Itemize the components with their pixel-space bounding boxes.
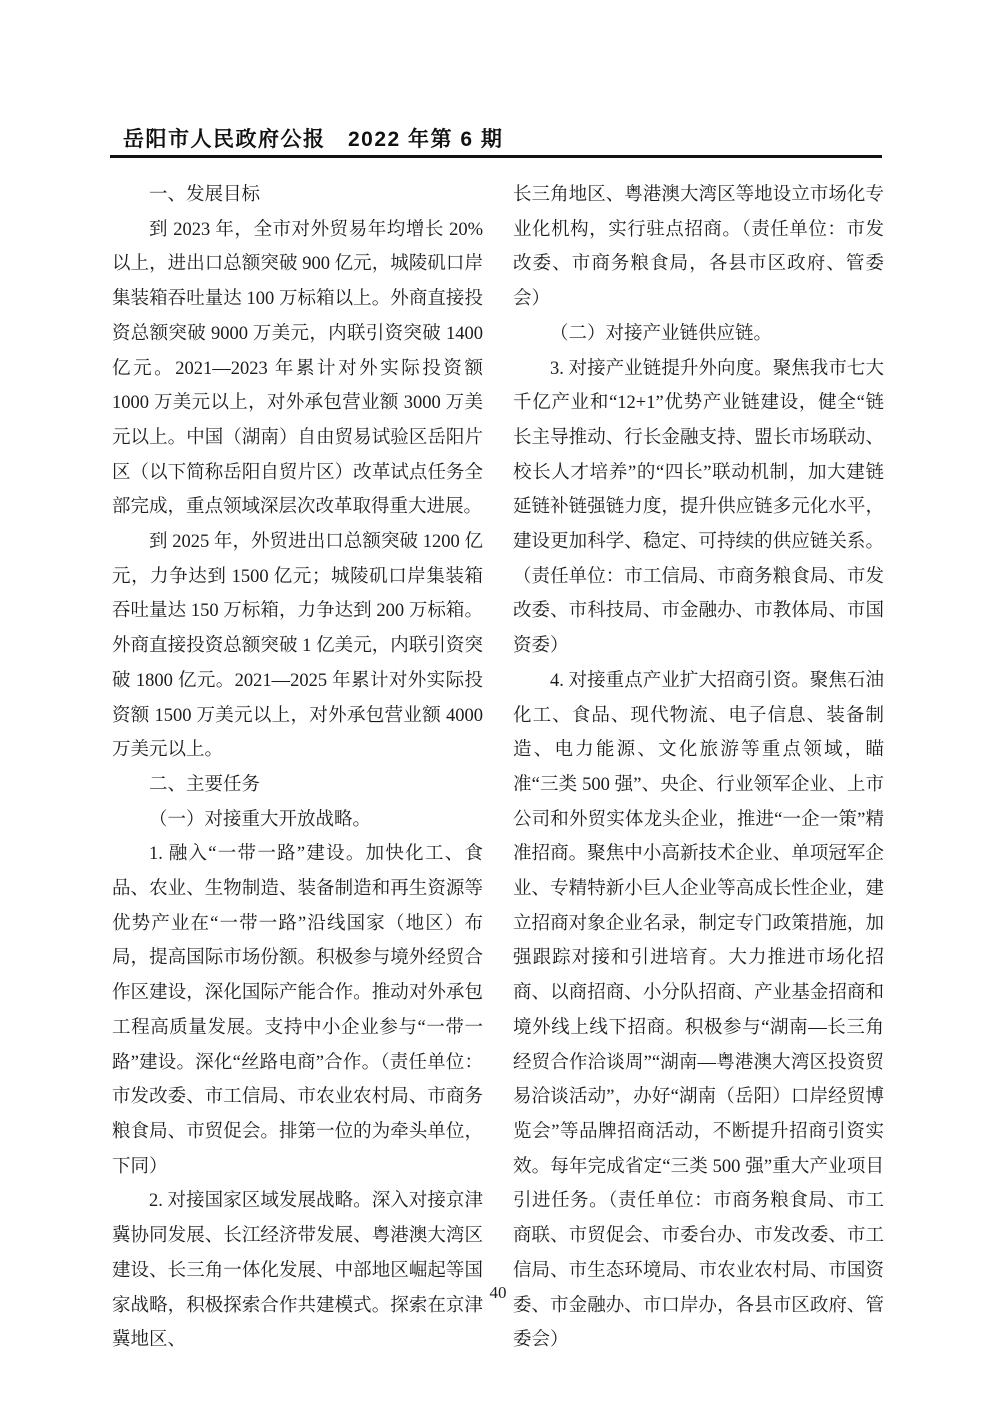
paragraph-regional-strategy: 2. 对接国家区域发展战略。深入对接京津冀协同发展、长江经济带发展、粤港澳大湾区… xyxy=(112,1184,483,1358)
right-column: 长三角地区、粤港澳大湾区等地设立市场化专业化机构，实行驻点招商。（责任单位：市发… xyxy=(513,178,884,1358)
paragraph-belt-and-road: 1. 融入“一带一路”建设。加快化工、食品、农业、生物制造、装备制造和再生资源等… xyxy=(112,837,483,1184)
paragraph-industry-chain: 3. 对接产业链提升外向度。聚焦我市七大千亿产业和“12+1”优势产业链建设，健… xyxy=(513,352,884,664)
paragraph-2023-goals: 到 2023 年，全市对外贸易年均增长 20%以上，进出口总额突破 900 亿元… xyxy=(112,213,483,525)
page-header: 岳阳市人民政府公报 2022 年第 6 期 xyxy=(123,123,503,153)
page-number: 40 xyxy=(112,1283,884,1303)
left-column: 一、发展目标 到 2023 年，全市对外贸易年均增长 20%以上，进出口总额突破… xyxy=(112,178,483,1358)
paragraph-2025-goals: 到 2025 年，外贸进出口总额突破 1200 亿元，力争达到 1500 亿元；… xyxy=(112,525,483,768)
page-content: 一、发展目标 到 2023 年，全市对外贸易年均增长 20%以上，进出口总额突破… xyxy=(112,178,884,1358)
subsection-heading-open-strategy: （一）对接重大开放战略。 xyxy=(112,803,483,838)
gazette-title: 岳阳市人民政府公报 2022 年第 6 期 xyxy=(123,128,503,151)
header-rule xyxy=(110,155,882,158)
section-heading-main-tasks: 二、主要任务 xyxy=(112,768,483,803)
paragraph-regional-strategy-continuation: 长三角地区、粤港澳大湾区等地设立市场化专业化机构，实行驻点招商。（责任单位：市发… xyxy=(513,178,884,317)
paragraph-investment-attraction: 4. 对接重点产业扩大招商引资。聚焦石油化工、食品、现代物流、电子信息、装备制造… xyxy=(513,664,884,1358)
document-page: 岳阳市人民政府公报 2022 年第 6 期 一、发展目标 到 2023 年，全市… xyxy=(0,0,992,1403)
section-heading-development-goals: 一、发展目标 xyxy=(112,178,483,213)
subsection-heading-supply-chain: （二）对接产业链供应链。 xyxy=(513,317,884,352)
